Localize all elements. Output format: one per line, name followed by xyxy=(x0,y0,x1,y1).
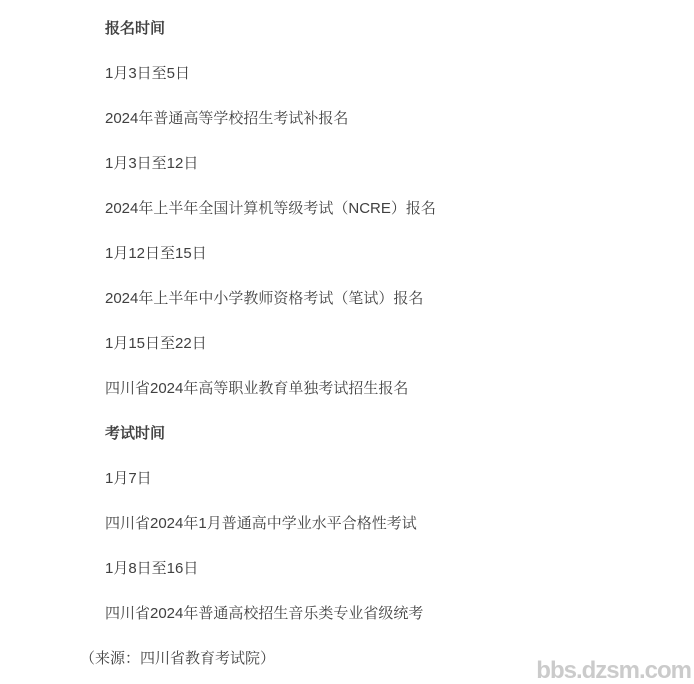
registration-date-2: 1月3日至12日 xyxy=(105,156,674,172)
registration-event-4: 四川省2024年高等职业教育单独考试招生报名 xyxy=(105,381,674,397)
registration-date-4: 1月15日至22日 xyxy=(105,336,674,352)
article-content: 报名时间 1月3日至5日 2024年普通高等学校招生考试补报名 1月3日至12日… xyxy=(0,0,694,667)
exam-date-2: 1月8日至16日 xyxy=(105,561,674,577)
section-heading-registration: 报名时间 xyxy=(105,21,674,37)
exam-event-2: 四川省2024年普通高校招生音乐类专业省级统考 xyxy=(105,606,674,622)
registration-event-2: 2024年上半年全国计算机等级考试（NCRE）报名 xyxy=(105,201,674,217)
exam-event-1: 四川省2024年1月普通高中学业水平合格性考试 xyxy=(105,516,674,532)
section-heading-exam: 考试时间 xyxy=(105,426,674,442)
registration-event-1: 2024年普通高等学校招生考试补报名 xyxy=(105,111,674,127)
registration-event-3: 2024年上半年中小学教师资格考试（笔试）报名 xyxy=(105,291,674,307)
registration-date-3: 1月12日至15日 xyxy=(105,246,674,262)
watermark: bbs.dzsm.com xyxy=(536,659,691,683)
registration-date-1: 1月3日至5日 xyxy=(105,66,674,82)
exam-date-1: 1月7日 xyxy=(105,471,674,487)
